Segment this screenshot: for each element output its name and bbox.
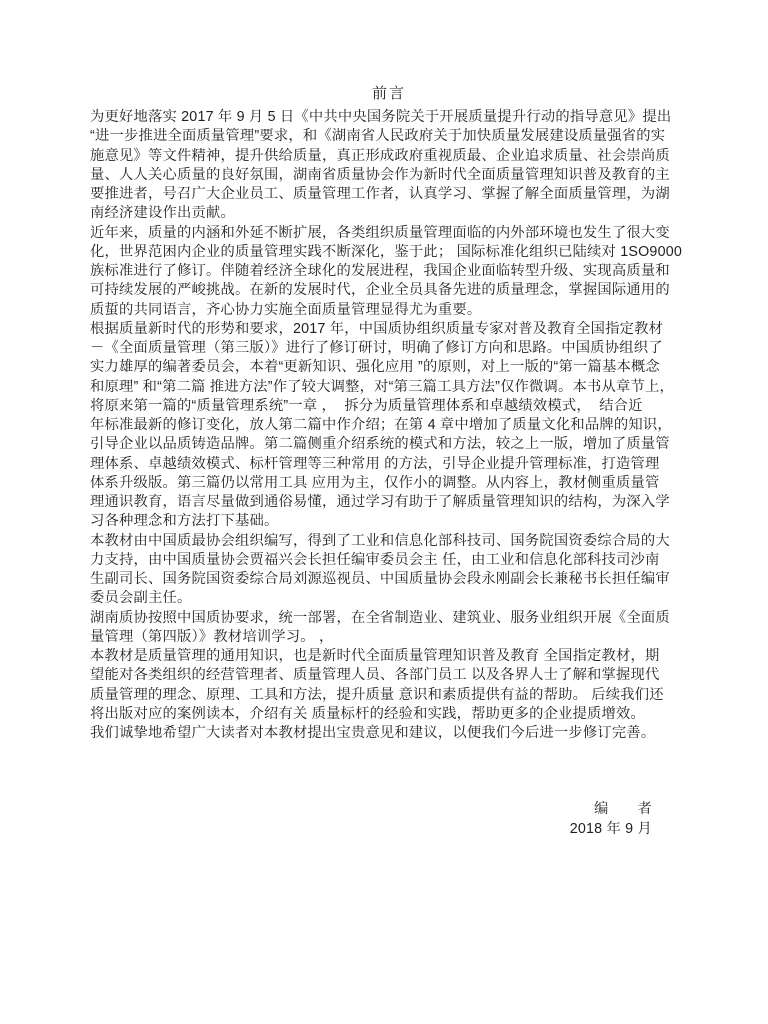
text-line: 实力雄厚的编著委员会，本着“更新知识、强化应用 ”的原则，对上一版的“第一篇基本… <box>90 358 688 377</box>
text-line: 本教材是质量管理的通用知识，也是新时代全面质量管理知识普及教育 全国指定教材，期 <box>90 647 688 666</box>
text-line: 年标准最新的修订变化，放人第二篇中作介绍；在第 4 章中增加了质量文化和品牌的知… <box>90 416 688 435</box>
document-page: 前言 为更好地落实 2017 年 9 月 5 日《中共中央国务院关于开展质量提升… <box>0 0 768 1024</box>
text-line: 为更好地落实 2017 年 9 月 5 日《中共中央国务院关于开展质量提升行动的… <box>90 108 688 127</box>
text-line: －《全面质量管理（第三版）》进行了修订研讨，明确了修订方向和思路。中国质协组织了 <box>90 339 688 358</box>
text-line: 习各种理念和方法打下基础。 <box>90 512 688 531</box>
text-line: 和原理” 和“第二篇 推进方法”作了较大调整，对“第三篇工具方法”仅作微调。本书… <box>90 378 688 397</box>
text-line: 化，世界范困内企业的质量管理实践不断深化，鉴于此； 国际标准化组织已陆续对 1S… <box>90 243 688 262</box>
text-line: 委员会副主任。 <box>90 589 688 608</box>
text-line: 将原来第一篇的“质量管理系统”一章 ， 拆分为质量管理体系和卓越绩效模式， 结合… <box>90 397 688 416</box>
page-title: 前言 <box>90 84 688 103</box>
text-line: 我们诚挚地希望广大读者对本教材提出宝贵意见和建议，以便我们今后进一步修订完善。 <box>90 724 688 743</box>
text-line: 将出版对应的案例读本，介绍有关 质量标杆的经验和实践，帮助更多的企业提质增效。 <box>90 705 688 724</box>
text-line: 可持续发展的严峻挑战。在新的发展时代，企业全员具备先进的质量理念，掌握国际通用的 <box>90 281 688 300</box>
signature-block: 编 者 2018 年 9 月 <box>90 799 688 839</box>
text-line: 引导企业以品质铸造品牌。第二篇侧重介绍系统的模式和方法，较之上一版，增加了质量管 <box>90 435 688 454</box>
text-line: 近年来，质量的内涵和外延不断扩展，各类组织质量管理面临的内外部环境也发生了很大变 <box>90 224 688 243</box>
preface-body: 为更好地落实 2017 年 9 月 5 日《中共中央国务院关于开展质量提升行动的… <box>90 108 688 743</box>
text-line: 质蜇的共同语言，齐心协力实施全面质量管理显得尤为重要。 <box>90 301 688 320</box>
text-line: 理通识教育，语言尽量做到通俗易懂，通过学习有助于了解质量管理知识的结构，为深入学 <box>90 493 688 512</box>
text-line: 南经济建设作出贡献。 <box>90 204 688 223</box>
preface-content: 前言 为更好地落实 2017 年 9 月 5 日《中共中央国务院关于开展质量提升… <box>90 84 688 839</box>
text-line: 族标准进行了修订。伴随着经济全球化的发展进程，我国企业面临转型升级、实现高质量和 <box>90 262 688 281</box>
signature-date: 2018 年 9 月 <box>90 819 652 839</box>
text-line: 本教材由中国质最协会组织编写，得到了工业和信息化部科技司、国务院国资委综合局的大 <box>90 532 688 551</box>
text-line: 施意见》等文件精神，提升供给质量，真正形成政府重视质最、企业追求质量、社会崇尚质 <box>90 147 688 166</box>
text-line: 望能对各类组织的经营管理者、质量管理人员、各部门员工 以及各界人士了解和掌握现代 <box>90 666 688 685</box>
text-line: 质量管理的理念、原理、工具和方法，提升质量 意识和素质提供有益的帮助。 后续我们… <box>90 686 688 705</box>
signature-author: 编 者 <box>90 799 652 819</box>
text-line: 量管理（第四版）》教材培训学习。 ， <box>90 628 688 647</box>
text-line: 体系升级版。第三篇仍以常用工具 应用为主，仅作小的调整。从内容上，教材侧重质量管 <box>90 474 688 493</box>
text-line: 湖南质协按照中国质协要求，统一部署，在全省制造业、建筑业、服务业组织开展《全面质 <box>90 609 688 628</box>
text-line: 生副司长、国务院国资委综合局刘源巡视员、中国质量协会段永刚副会长兼秘书长担任编审 <box>90 570 688 589</box>
text-line: 力支持，由中国质量协会贾福兴会长担任编审委员会主 任，由工业和信息化部科技司沙南 <box>90 551 688 570</box>
text-line: “进一步推进全面质量管理”要求，和《湖南省人民政府关于加快质量发展建设质量强省的… <box>90 127 688 146</box>
text-line: 根据质量新时代的形势和要求，2017 年，中国质协组织质量专家对普及教育全国指定… <box>90 320 688 339</box>
text-line: 要推进者，号召广大企业员工、质量管理工作者，认真学习、掌握了解全面质量管理，为湖 <box>90 185 688 204</box>
text-line: 量、人人关心质量的良好氛围，湖南省质量协会作为新时代全面质量管理知识普及教育的主 <box>90 166 688 185</box>
text-line: 理体系、卓越绩效模式、标杆管理等三种常用 的方法，引导企业提升管理标准，打造管理 <box>90 455 688 474</box>
